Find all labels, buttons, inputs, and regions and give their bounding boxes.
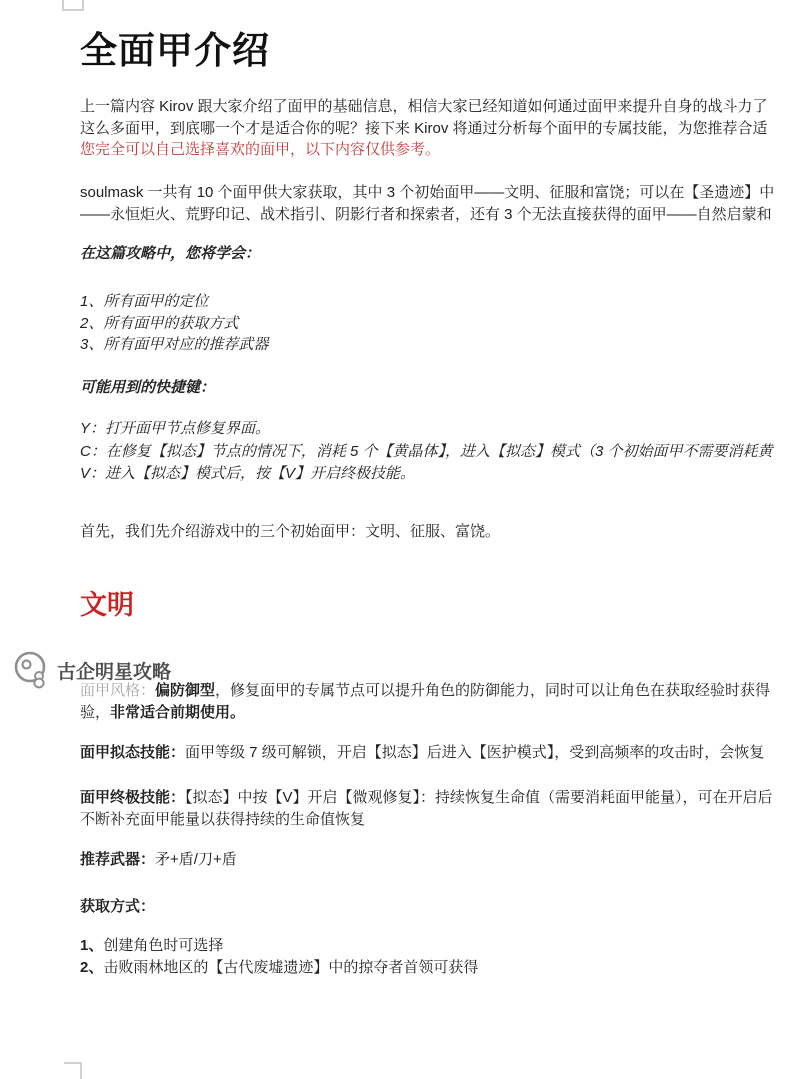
mask-style-line2-prefix: 验， — [80, 704, 110, 721]
overview-line-1: soulmask 一共有 10 个面甲供大家获取，其中 3 个初始面甲——文明、… — [80, 182, 774, 204]
mask-style-line2-bold: 非常适合前期使用。 — [110, 704, 245, 721]
mask-ultimate-skill-line-2: 不断补充面甲能量以获得持续的生命值恢复 — [80, 809, 773, 831]
obtain-item-number: 1、 — [80, 937, 103, 954]
learn-list-item: 2、所有面甲的获取方式 — [80, 313, 268, 335]
mask-style-label: 面甲风格： — [80, 682, 155, 699]
obtain-item-text: 击败雨林地区的【古代废墟遗迹】中的掠夺者首领可获得 — [103, 959, 478, 976]
mask-style-line-2: 验，非常适合前期使用。 — [80, 702, 770, 724]
mask-ultimate-skill-text-1: 【拟态】中按【V】开启【微观修复】：持续恢复生命值（需要消耗面甲能量），可在开启… — [185, 789, 773, 806]
obtain-list-item: 1、创建角色时可选择 — [80, 935, 478, 957]
page-title: 全面甲介绍 — [80, 28, 270, 74]
mask-style-rest: ，修复面甲的专属节点可以提升角色的防御能力，同时可以让角色在获取经验时获得 — [215, 682, 770, 699]
mask-style-lead: 偏防御型 — [155, 682, 215, 699]
mask-ultimate-skill-line-1: 面甲终极技能：【拟态】中按【V】开启【微观修复】：持续恢复生命值（需要消耗面甲能… — [80, 787, 773, 809]
learn-heading: 在这篇攻略中，您将学会： — [80, 243, 260, 265]
hotkey-item-c: C：在修复【拟态】节点的情况下，消耗 5 个【黄晶体】，进入【拟态】模式（3 个… — [80, 441, 773, 464]
obtain-heading: 获取方式： — [80, 896, 155, 918]
document-page: 全面甲介绍 上一篇内容 Kirov 跟大家介绍了面甲的基础信息，相信大家已经知道… — [0, 0, 800, 1079]
learn-list-item: 3、所有面甲对应的推荐武器 — [80, 334, 268, 356]
page-boundary-mark-bottom — [64, 1062, 82, 1079]
hotkey-list: Y：打开面甲节点修复界面。 C：在修复【拟态】节点的情况下，消耗 5 个【黄晶体… — [80, 418, 773, 486]
watermark-logo-icon — [13, 650, 51, 690]
mask-mimic-skill-line: 面甲拟态技能：面甲等级 7 级可解锁，开启【拟态】后进入【医护模式】，受到高频率… — [80, 742, 764, 764]
mask-ultimate-skill-label: 面甲终极技能： — [80, 789, 185, 806]
mask-mimic-skill-paragraph: 面甲拟态技能：面甲等级 7 级可解锁，开启【拟态】后进入【医护模式】，受到高频率… — [80, 742, 764, 764]
mask-ultimate-skill-paragraph: 面甲终极技能：【拟态】中按【V】开启【微观修复】：持续恢复生命值（需要消耗面甲能… — [80, 787, 773, 831]
overview-paragraph: soulmask 一共有 10 个面甲供大家获取，其中 3 个初始面甲——文明、… — [80, 182, 774, 226]
recommended-weapons-line: 推荐武器：矛+盾/刀+盾 — [80, 849, 237, 871]
mask-style-line-1: 面甲风格：偏防御型，修复面甲的专属节点可以提升角色的防御能力，同时可以让角色在获… — [80, 680, 770, 702]
hotkey-heading: 可能用到的快捷键： — [80, 377, 215, 399]
hotkey-item-y: Y：打开面甲节点修复界面。 — [80, 418, 773, 441]
recommended-weapons-label: 推荐武器： — [80, 851, 155, 868]
intro-line-1: 上一篇内容 Kirov 跟大家介绍了面甲的基础信息，相信大家已经知道如何通过面甲… — [80, 96, 768, 118]
transition-paragraph: 首先，我们先介绍游戏中的三个初始面甲：文明、征服、富饶。 — [80, 521, 500, 543]
obtain-item-number: 2、 — [80, 959, 103, 976]
obtain-list-item: 2、击败雨林地区的【古代废墟遗迹】中的掠夺者首领可获得 — [80, 957, 478, 979]
obtain-item-text: 创建角色时可选择 — [103, 937, 223, 954]
mask-section-heading: 文明 — [80, 590, 134, 620]
mask-mimic-skill-label: 面甲拟态技能： — [80, 744, 185, 761]
learn-list-item: 1、所有面甲的定位 — [80, 291, 268, 313]
mask-mimic-skill-text: 面甲等级 7 级可解锁，开启【拟态】后进入【医护模式】，受到高频率的攻击时，会恢… — [185, 744, 764, 761]
obtain-list: 1、创建角色时可选择 2、击败雨林地区的【古代废墟遗迹】中的掠夺者首领可获得 — [80, 935, 478, 978]
hotkey-item-v: V：进入【拟态】模式后，按【V】开启终极技能。 — [80, 463, 773, 486]
intro-line-red: 您完全可以自己选择喜欢的面甲，以下内容仅供参考。 — [80, 139, 768, 161]
mask-style-paragraph: 面甲风格：偏防御型，修复面甲的专属节点可以提升角色的防御能力，同时可以让角色在获… — [80, 680, 770, 724]
learn-list: 1、所有面甲的定位 2、所有面甲的获取方式 3、所有面甲对应的推荐武器 — [80, 291, 268, 356]
page-boundary-mark-top — [62, 0, 84, 11]
overview-line-2: ——永恒炬火、荒野印记、战术指引、阴影行者和探索者，还有 3 个无法直接获得的面… — [80, 204, 774, 226]
intro-line-2: 这么多面甲，到底哪一个才是适合你的呢？接下来 Kirov 将通过分析每个面甲的专… — [80, 118, 768, 140]
recommended-weapons-paragraph: 推荐武器：矛+盾/刀+盾 — [80, 849, 237, 871]
intro-paragraph: 上一篇内容 Kirov 跟大家介绍了面甲的基础信息，相信大家已经知道如何通过面甲… — [80, 96, 768, 161]
recommended-weapons-text: 矛+盾/刀+盾 — [155, 851, 237, 868]
